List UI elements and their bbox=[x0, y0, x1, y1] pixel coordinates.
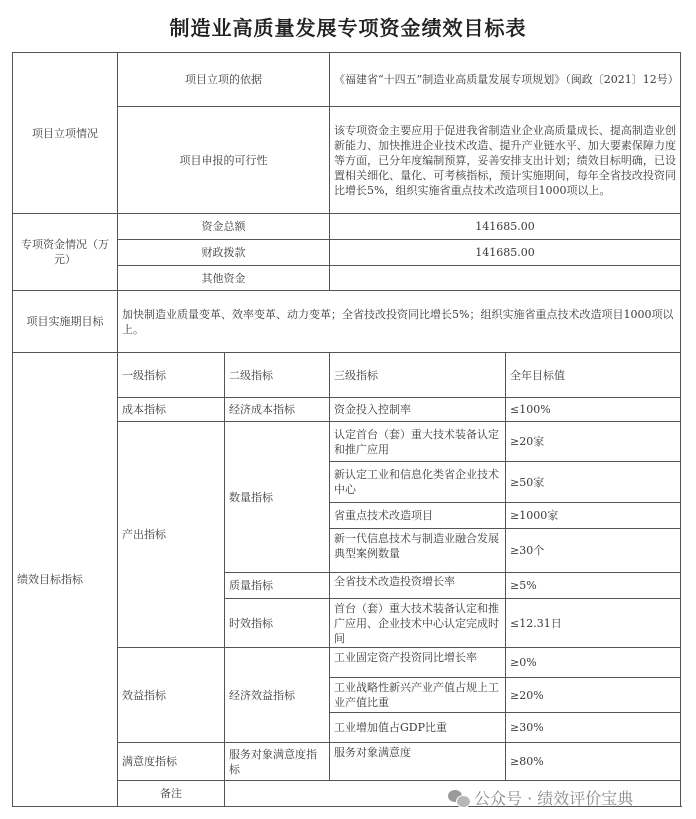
funds-label: 专项资金情况（万元） bbox=[13, 214, 118, 291]
quantity-l2: 数量指标 bbox=[225, 422, 330, 573]
header-target: 全年目标值 bbox=[506, 353, 681, 398]
satisfaction-target: ≥80% bbox=[506, 743, 681, 781]
fund-fiscal-label: 财政拨款 bbox=[118, 240, 330, 266]
quantity-item-target: ≥20家 bbox=[506, 422, 681, 462]
fund-fiscal-value: 141685.00 bbox=[330, 240, 681, 266]
benefit-item-target: ≥20% bbox=[506, 678, 681, 713]
quality-target: ≥5% bbox=[506, 573, 681, 599]
basis-label: 项目立项的依据 bbox=[118, 53, 330, 107]
benefit-item-l3: 工业增加值占GDP比重 bbox=[330, 713, 506, 743]
fund-other-value bbox=[330, 266, 681, 291]
quality-l3: 全省技术改造投资增长率 bbox=[330, 573, 506, 599]
timeliness-l3: 首台（套）重大技术装备认定和推广应用、企业技术中心认定完成时间 bbox=[330, 599, 506, 648]
wechat-icon bbox=[448, 789, 470, 807]
cost-l3: 资金投入控制率 bbox=[330, 398, 506, 422]
header-level3: 三级指标 bbox=[330, 353, 506, 398]
feasibility-label: 项目申报的可行性 bbox=[118, 107, 330, 214]
fund-total-value: 141685.00 bbox=[330, 214, 681, 240]
table-row: 项目立项情况 项目立项的依据 《福建省“十四五”制造业高质量发展专项规划》（闽政… bbox=[13, 53, 681, 107]
benefit-item-l3: 工业战略性新兴产业产值占规上工业产值比重 bbox=[330, 678, 506, 713]
benefit-l1: 效益指标 bbox=[118, 648, 225, 743]
quantity-item-target: ≥50家 bbox=[506, 462, 681, 503]
fund-total-label: 资金总额 bbox=[118, 214, 330, 240]
benefit-item-target: ≥0% bbox=[506, 648, 681, 678]
basis-value: 《福建省“十四五”制造业高质量发展专项规划》（闽政〔2021〕12号） bbox=[330, 53, 681, 107]
timeliness-target: ≤12.31日 bbox=[506, 599, 681, 648]
table-row: 绩效目标指标 一级指标 二级指标 三级指标 全年目标值 bbox=[13, 353, 681, 398]
table-row: 专项资金情况（万元） 资金总额 141685.00 bbox=[13, 214, 681, 240]
benefit-l2: 经济效益指标 bbox=[225, 648, 330, 743]
quantity-item-target: ≥30个 bbox=[506, 529, 681, 573]
cost-l1: 成本指标 bbox=[118, 398, 225, 422]
implementation-goal-value: 加快制造业质量变革、效率变革、动力变革；全省技改投资同比增长5%；组织实施省重点… bbox=[118, 291, 681, 353]
cost-l2: 经济成本指标 bbox=[225, 398, 330, 422]
performance-label: 绩效目标指标 bbox=[13, 353, 118, 807]
quantity-item-l3: 认定首台（套）重大技术装备认定和推广应用 bbox=[330, 422, 506, 462]
watermark-text: 公众号 · 绩效评价宝典 bbox=[474, 786, 633, 809]
output-l1: 产出指标 bbox=[118, 422, 225, 648]
satisfaction-l3: 服务对象满意度 bbox=[330, 743, 506, 781]
timeliness-l2: 时效指标 bbox=[225, 599, 330, 648]
satisfaction-l2: 服务对象满意度指标 bbox=[225, 743, 330, 781]
header-level1: 一级指标 bbox=[118, 353, 225, 398]
watermark: 公众号 · 绩效评价宝典 bbox=[448, 786, 633, 809]
benefit-item-l3: 工业固定资产投资同比增长率 bbox=[330, 648, 506, 678]
quantity-item-l3: 新认定工业和信息化类省企业技术中心 bbox=[330, 462, 506, 503]
table-row: 项目实施期目标 加快制造业质量变革、效率变革、动力变革；全省技改投资同比增长5%… bbox=[13, 291, 681, 353]
fund-other-label: 其他资金 bbox=[118, 266, 330, 291]
feasibility-value: 该专项资金主要应用于促进我省制造业企业高质量成长、提高制造业创新能力、加快推进企… bbox=[330, 107, 681, 214]
quantity-item-l3: 省重点技术改造项目 bbox=[330, 503, 506, 529]
quantity-item-l3: 新一代信息技术与制造业融合发展典型案例数量 bbox=[330, 529, 506, 573]
page-title: 制造业高质量发展专项资金绩效目标表 bbox=[0, 12, 696, 41]
project-setup-label: 项目立项情况 bbox=[13, 53, 118, 214]
quantity-item-target: ≥1000家 bbox=[506, 503, 681, 529]
implementation-goal-label: 项目实施期目标 bbox=[13, 291, 118, 353]
quality-l2: 质量指标 bbox=[225, 573, 330, 599]
cost-target: ≤100% bbox=[506, 398, 681, 422]
satisfaction-l1: 满意度指标 bbox=[118, 743, 225, 781]
remarks-label: 备注 bbox=[118, 781, 225, 807]
benefit-item-target: ≥30% bbox=[506, 713, 681, 743]
header-level2: 二级指标 bbox=[225, 353, 330, 398]
performance-target-table: 项目立项情况 项目立项的依据 《福建省“十四五”制造业高质量发展专项规划》（闽政… bbox=[12, 52, 681, 807]
